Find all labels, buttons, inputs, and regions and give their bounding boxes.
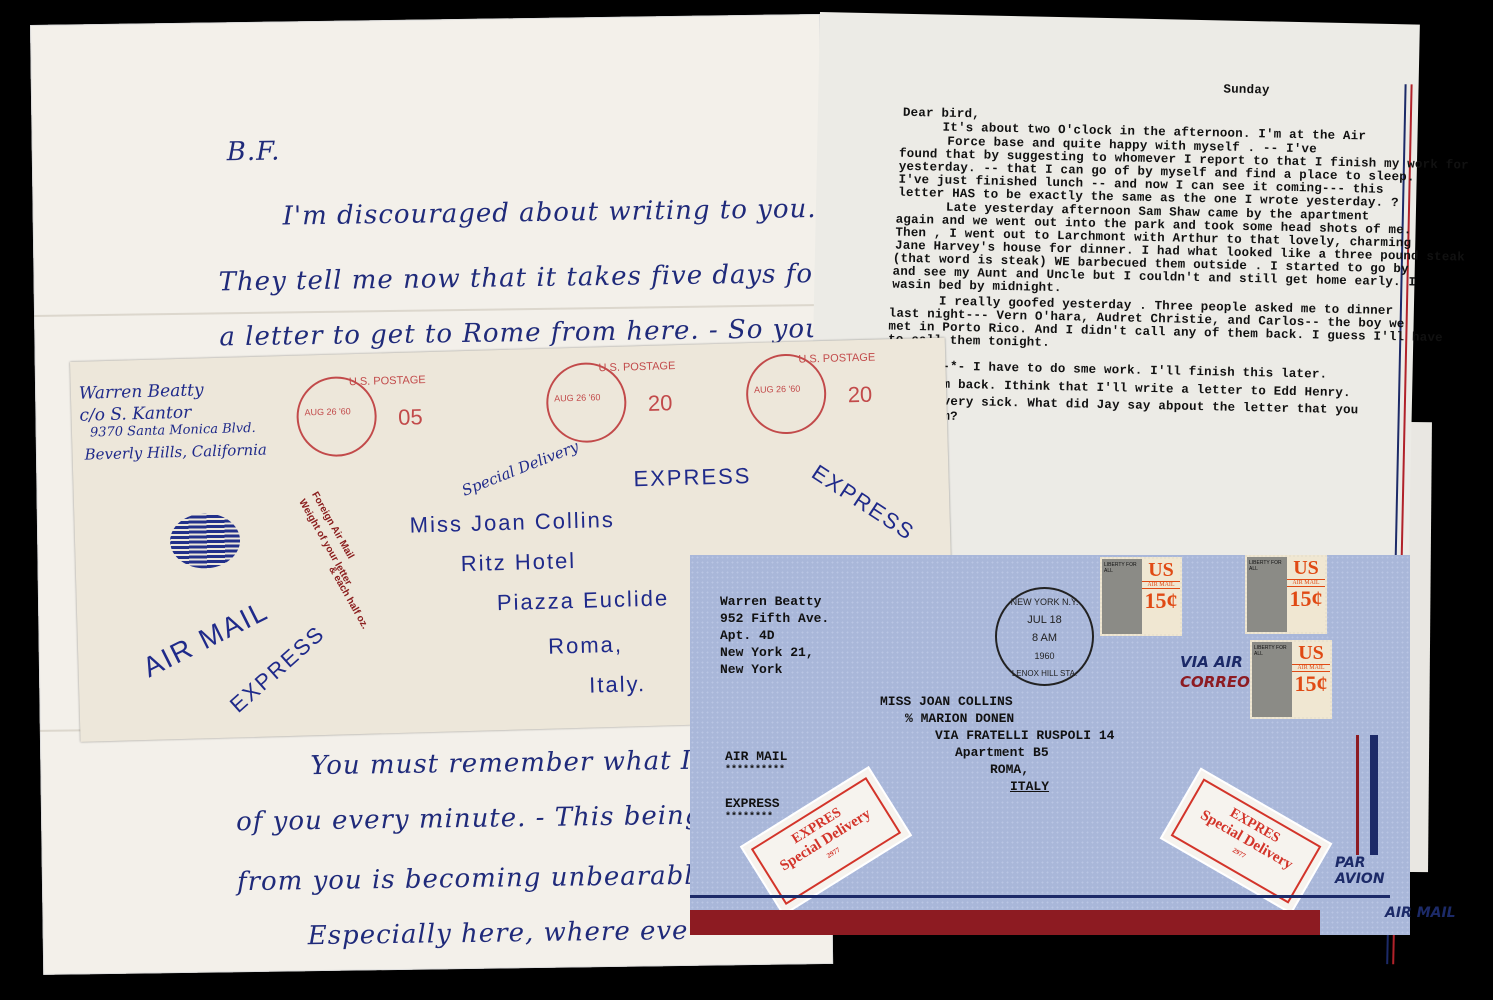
recipient-line: Apartment B5 <box>955 744 1049 761</box>
special-delivery-label: EXPRESSpecial Delivery2977 <box>740 766 912 916</box>
recipient-line: Italy. <box>589 671 647 699</box>
meter-stamp: U.S. POSTAGE AUG 26 '60 20 <box>745 352 877 436</box>
envelope-air-mail: Warren Beatty 952 Fifth Ave. Apt. 4D New… <box>690 555 1410 935</box>
handwritten-line: of you every minute. - This being <box>236 801 703 838</box>
handwritten-line: You must remember what I <box>310 746 692 781</box>
recipient-line: % MARION DONEN <box>905 710 1014 727</box>
recipient-line: MISS JOAN COLLINS <box>880 693 1013 710</box>
typed-line: wasin bed by midnight. <box>892 278 1062 296</box>
annotation-special-delivery: Special Delivery <box>459 437 581 499</box>
meter-stamp: U.S. POSTAGE AUG 26 '60 05 <box>296 374 428 458</box>
par-avion-mark: PAR AVION <box>1335 855 1410 887</box>
recipient-line: ROMA, <box>990 761 1029 778</box>
airmail-stamp: LIBERTY FOR ALL USAIR MAIL15¢ <box>1245 555 1327 634</box>
return-address-line: New York <box>720 661 782 678</box>
service-mark-underline: ********** <box>725 762 785 779</box>
return-address-line: 952 Fifth Ave. <box>720 610 829 627</box>
handwritten-line: from you is becoming unbearable <box>237 861 710 898</box>
airmail-border-blue <box>1370 735 1378 855</box>
handwritten-line: B.F. <box>227 137 281 168</box>
return-address-line: Apt. 4D <box>720 627 775 644</box>
airmail-border-red <box>690 910 1320 935</box>
return-address-line: New York 21, <box>720 644 814 661</box>
air-mail-mark: AIR MAIL <box>1385 905 1456 921</box>
return-address-line: 9370 Santa Monica Blvd. <box>90 421 256 441</box>
airmail-stamp: LIBERTY FOR ALL USAIR MAIL15¢ <box>1250 640 1332 719</box>
airmail-stamp: LIBERTY FOR ALL USAIR MAIL15¢ <box>1100 557 1182 636</box>
annotation-express: EXPRESS <box>633 463 752 492</box>
handwritten-line: Especially here, where eve <box>308 916 689 951</box>
letter-day: Sunday <box>1223 82 1270 97</box>
airmail-border-red <box>1356 735 1359 855</box>
postmark: NEW YORK N.Y. JUL 18 8 AM 1960 LENOX HIL… <box>995 587 1094 686</box>
recipient-line: VIA FRATELLI RUSPOLI 14 <box>935 727 1114 744</box>
letter-greeting: Dear bird, <box>903 106 980 122</box>
correo-mark: CORREO <box>1180 673 1250 691</box>
return-address-line: Warren Beatty <box>79 380 204 403</box>
return-address-line: Beverly Hills, California <box>84 441 267 464</box>
recipient-line: Ritz Hotel <box>460 548 576 577</box>
recipient-line: Piazza Euclide <box>497 585 670 616</box>
special-delivery-label: EXPRESSpecial Delivery2977 <box>1160 767 1333 914</box>
handwritten-line: I'm discouraged about writing to you. <box>282 194 816 231</box>
handwritten-line: They tell me now that it takes five days… <box>218 259 826 297</box>
recipient-line: ITALY <box>1010 778 1049 795</box>
recipient-line: Miss Joan Collins <box>409 507 615 539</box>
scribbled-logo <box>169 512 241 569</box>
recipient-line: Roma, <box>548 632 623 660</box>
annotation-air-mail: AIR MAIL <box>138 595 274 684</box>
service-mark-underline: ******** <box>725 809 773 826</box>
return-address-line: Warren Beatty <box>720 593 821 610</box>
meter-stamp: U.S. POSTAGE AUG 26 '60 20 <box>545 360 677 444</box>
annotation-express: EXPRESS <box>807 460 920 547</box>
via-air-mark: VIA AIR <box>1180 653 1243 671</box>
airmail-border-blue <box>690 895 1390 898</box>
